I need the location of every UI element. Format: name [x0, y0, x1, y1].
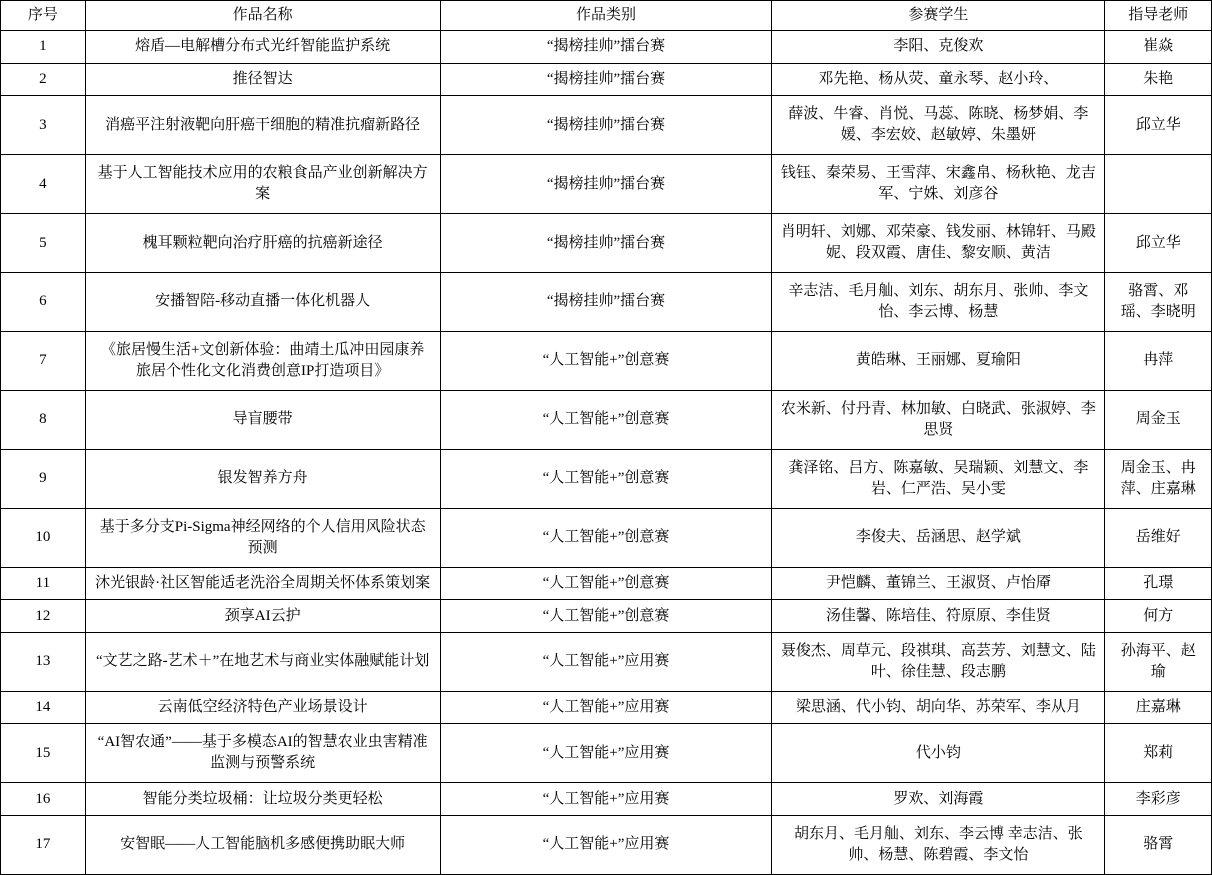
students-cell: 尹恺麟、董锦兰、王淑贤、卢怡厣	[772, 567, 1105, 600]
row-number-cell: 5	[1, 214, 86, 273]
students-cell: 聂俊杰、周草元、段祺琪、高芸芳、刘慧文、陆叶、徐佳慧、段志鹏	[772, 632, 1105, 691]
row-number-cell: 4	[1, 155, 86, 214]
category-cell: “人工智能+”应用赛	[440, 691, 772, 724]
table-row: 8 导盲腰带 “人工智能+”创意赛 农米新、付丹青、林加敏、白晓武、张淑婷、李思…	[1, 390, 1212, 449]
title-cell: 导盲腰带	[85, 390, 440, 449]
row-number-cell: 17	[1, 815, 86, 874]
row-number-cell: 15	[1, 724, 86, 783]
table-row: 6 安播智陪-移动直播一体化机器人 “揭榜挂帅”擂台赛 辛志洁、毛月舢、刘东、胡…	[1, 273, 1212, 332]
table-row: 12 颈享AI云护 “人工智能+”创意赛 汤佳馨、陈培佳、符原原、李佳贤 何方	[1, 600, 1212, 633]
teacher-cell: 郑莉	[1105, 724, 1212, 783]
row-number-cell: 3	[1, 96, 86, 155]
category-cell: “揭榜挂帅”擂台赛	[440, 214, 772, 273]
table-row: 14 云南低空经济特色产业场景设计 “人工智能+”应用赛 梁思涵、代小钧、胡向华…	[1, 691, 1212, 724]
row-number-cell: 13	[1, 632, 86, 691]
category-cell: “人工智能+”应用赛	[440, 783, 772, 816]
title-cell: 安播智陪-移动直播一体化机器人	[85, 273, 440, 332]
title-cell: 智能分类垃圾桶：让垃圾分类更轻松	[85, 783, 440, 816]
table-row: 3 消癌平注射液靶向肝癌干细胞的精准抗瘤新路径 “揭榜挂帅”擂台赛 薛波、牛睿、…	[1, 96, 1212, 155]
students-cell: 李俊夫、岳涵思、赵学斌	[772, 508, 1105, 567]
teacher-cell: 岳维好	[1105, 508, 1212, 567]
row-number-cell: 14	[1, 691, 86, 724]
table-row: 9 银发智养方舟 “人工智能+”创意赛 龚泽铭、吕方、陈嘉敏、吴瑞颖、刘慧文、李…	[1, 449, 1212, 508]
row-number-cell: 16	[1, 783, 86, 816]
teacher-cell: 孔璟	[1105, 567, 1212, 600]
header-category: 作品类别	[440, 1, 772, 31]
row-number-cell: 8	[1, 390, 86, 449]
category-cell: “揭榜挂帅”擂台赛	[440, 31, 772, 64]
title-cell: 熔盾—电解槽分布式光纤智能监护系统	[85, 31, 440, 64]
teacher-cell: 邱立华	[1105, 96, 1212, 155]
title-cell: 银发智养方舟	[85, 449, 440, 508]
teacher-cell: 崔焱	[1105, 31, 1212, 64]
students-cell: 邓先艳、杨从荧、童永琴、赵小玲、	[772, 63, 1105, 96]
competition-table: 序号 作品名称 作品类别 参赛学生 指导老师 1 熔盾—电解槽分布式光纤智能监护…	[0, 0, 1212, 875]
title-cell: 颈享AI云护	[85, 600, 440, 633]
category-cell: “人工智能+”应用赛	[440, 815, 772, 874]
category-cell: “人工智能+”创意赛	[440, 600, 772, 633]
teacher-cell: 孙海平、赵瑜	[1105, 632, 1212, 691]
students-cell: 钱钰、秦荣易、王雪萍、宋鑫帛、杨秋艳、龙吉军、宁姝、刘彦谷	[772, 155, 1105, 214]
students-cell: 龚泽铭、吕方、陈嘉敏、吴瑞颖、刘慧文、李岩、仁严浩、吴小雯	[772, 449, 1105, 508]
teacher-cell: 冉萍	[1105, 331, 1212, 390]
teacher-cell: 李彩彦	[1105, 783, 1212, 816]
students-cell: 辛志洁、毛月舢、刘东、胡东月、张帅、李文怡、李云博、杨慧	[772, 273, 1105, 332]
table-row: 7 《旅居慢生活+文创新体验：曲靖土瓜冲田园康养旅居个性化文化消费创意IP打造项…	[1, 331, 1212, 390]
title-cell: 沐光银龄·社区智能适老洗浴全周期关怀体系策划案	[85, 567, 440, 600]
teacher-cell: 周金玉、冉萍、庄嘉琳	[1105, 449, 1212, 508]
header-row: 序号 作品名称 作品类别 参赛学生 指导老师	[1, 1, 1212, 31]
row-number-cell: 11	[1, 567, 86, 600]
category-cell: “人工智能+”创意赛	[440, 331, 772, 390]
table-row: 17 安智眠——人工智能脑机多感便携助眠大师 “人工智能+”应用赛 胡东月、毛月…	[1, 815, 1212, 874]
students-cell: 黄皓琳、王丽娜、夏瑜阳	[772, 331, 1105, 390]
category-cell: “人工智能+”创意赛	[440, 449, 772, 508]
category-cell: “揭榜挂帅”擂台赛	[440, 273, 772, 332]
title-cell: 基于多分支Pi-Sigma神经网络的个人信用风险状态预测	[85, 508, 440, 567]
row-number-cell: 7	[1, 331, 86, 390]
students-cell: 农米新、付丹青、林加敏、白晓武、张淑婷、李思贤	[772, 390, 1105, 449]
title-cell: “文艺之路-艺术＋”在地艺术与商业实体融赋能计划	[85, 632, 440, 691]
teacher-cell	[1105, 155, 1212, 214]
row-number-cell: 12	[1, 600, 86, 633]
table-row: 1 熔盾—电解槽分布式光纤智能监护系统 “揭榜挂帅”擂台赛 李阳、克俊欢 崔焱	[1, 31, 1212, 64]
teacher-cell: 骆霄	[1105, 815, 1212, 874]
table-row: 5 槐耳颗粒靶向治疗肝癌的抗癌新途径 “揭榜挂帅”擂台赛 肖明轩、刘娜、邓荣豪、…	[1, 214, 1212, 273]
header-no: 序号	[1, 1, 86, 31]
students-cell: 罗欢、刘海霞	[772, 783, 1105, 816]
table-row: 2 推径智达 “揭榜挂帅”擂台赛 邓先艳、杨从荧、童永琴、赵小玲、 朱艳	[1, 63, 1212, 96]
students-cell: 胡东月、毛月舢、刘东、李云博 幸志洁、张帅、杨慧、陈碧霞、李文怡	[772, 815, 1105, 874]
students-cell: 梁思涵、代小钧、胡向华、苏荣军、李从月	[772, 691, 1105, 724]
row-number-cell: 10	[1, 508, 86, 567]
category-cell: “揭榜挂帅”擂台赛	[440, 63, 772, 96]
category-cell: “人工智能+”创意赛	[440, 508, 772, 567]
row-number-cell: 1	[1, 31, 86, 64]
teacher-cell: 邱立华	[1105, 214, 1212, 273]
teacher-cell: 朱艳	[1105, 63, 1212, 96]
teacher-cell: 何方	[1105, 600, 1212, 633]
title-cell: 基于人工智能技术应用的农粮食品产业创新解决方案	[85, 155, 440, 214]
title-cell: 安智眠——人工智能脑机多感便携助眠大师	[85, 815, 440, 874]
table-row: 15 “AI智农通”——基于多模态AI的智慧农业虫害精准监测与预警系统 “人工智…	[1, 724, 1212, 783]
table-row: 11 沐光银龄·社区智能适老洗浴全周期关怀体系策划案 “人工智能+”创意赛 尹恺…	[1, 567, 1212, 600]
table-row: 4 基于人工智能技术应用的农粮食品产业创新解决方案 “揭榜挂帅”擂台赛 钱钰、秦…	[1, 155, 1212, 214]
title-cell: 推径智达	[85, 63, 440, 96]
title-cell: 槐耳颗粒靶向治疗肝癌的抗癌新途径	[85, 214, 440, 273]
header-teacher: 指导老师	[1105, 1, 1212, 31]
table-row: 10 基于多分支Pi-Sigma神经网络的个人信用风险状态预测 “人工智能+”创…	[1, 508, 1212, 567]
table-body: 1 熔盾—电解槽分布式光纤智能监护系统 “揭榜挂帅”擂台赛 李阳、克俊欢 崔焱 …	[1, 31, 1212, 875]
teacher-cell: 庄嘉琳	[1105, 691, 1212, 724]
students-cell: 汤佳馨、陈培佳、符原原、李佳贤	[772, 600, 1105, 633]
title-cell: 消癌平注射液靶向肝癌干细胞的精准抗瘤新路径	[85, 96, 440, 155]
students-cell: 薛波、牛睿、肖悦、马蕊、陈晓、杨梦娟、李媛、李宏姣、赵敏婷、朱墨妍	[772, 96, 1105, 155]
teacher-cell: 骆霄、邓瑶、李晓明	[1105, 273, 1212, 332]
students-cell: 代小钧	[772, 724, 1105, 783]
category-cell: “揭榜挂帅”擂台赛	[440, 96, 772, 155]
category-cell: “揭榜挂帅”擂台赛	[440, 155, 772, 214]
row-number-cell: 2	[1, 63, 86, 96]
title-cell: 《旅居慢生活+文创新体验：曲靖土瓜冲田园康养旅居个性化文化消费创意IP打造项目》	[85, 331, 440, 390]
title-cell: 云南低空经济特色产业场景设计	[85, 691, 440, 724]
students-cell: 李阳、克俊欢	[772, 31, 1105, 64]
header-students: 参赛学生	[772, 1, 1105, 31]
category-cell: “人工智能+”创意赛	[440, 567, 772, 600]
teacher-cell: 周金玉	[1105, 390, 1212, 449]
category-cell: “人工智能+”创意赛	[440, 390, 772, 449]
table-row: 13 “文艺之路-艺术＋”在地艺术与商业实体融赋能计划 “人工智能+”应用赛 聂…	[1, 632, 1212, 691]
row-number-cell: 6	[1, 273, 86, 332]
category-cell: “人工智能+”应用赛	[440, 724, 772, 783]
header-title: 作品名称	[85, 1, 440, 31]
table-row: 16 智能分类垃圾桶：让垃圾分类更轻松 “人工智能+”应用赛 罗欢、刘海霞 李彩…	[1, 783, 1212, 816]
title-cell: “AI智农通”——基于多模态AI的智慧农业虫害精准监测与预警系统	[85, 724, 440, 783]
row-number-cell: 9	[1, 449, 86, 508]
students-cell: 肖明轩、刘娜、邓荣豪、钱发丽、林锦轩、马殿妮、段双霞、唐佳、黎安顺、黄洁	[772, 214, 1105, 273]
category-cell: “人工智能+”应用赛	[440, 632, 772, 691]
